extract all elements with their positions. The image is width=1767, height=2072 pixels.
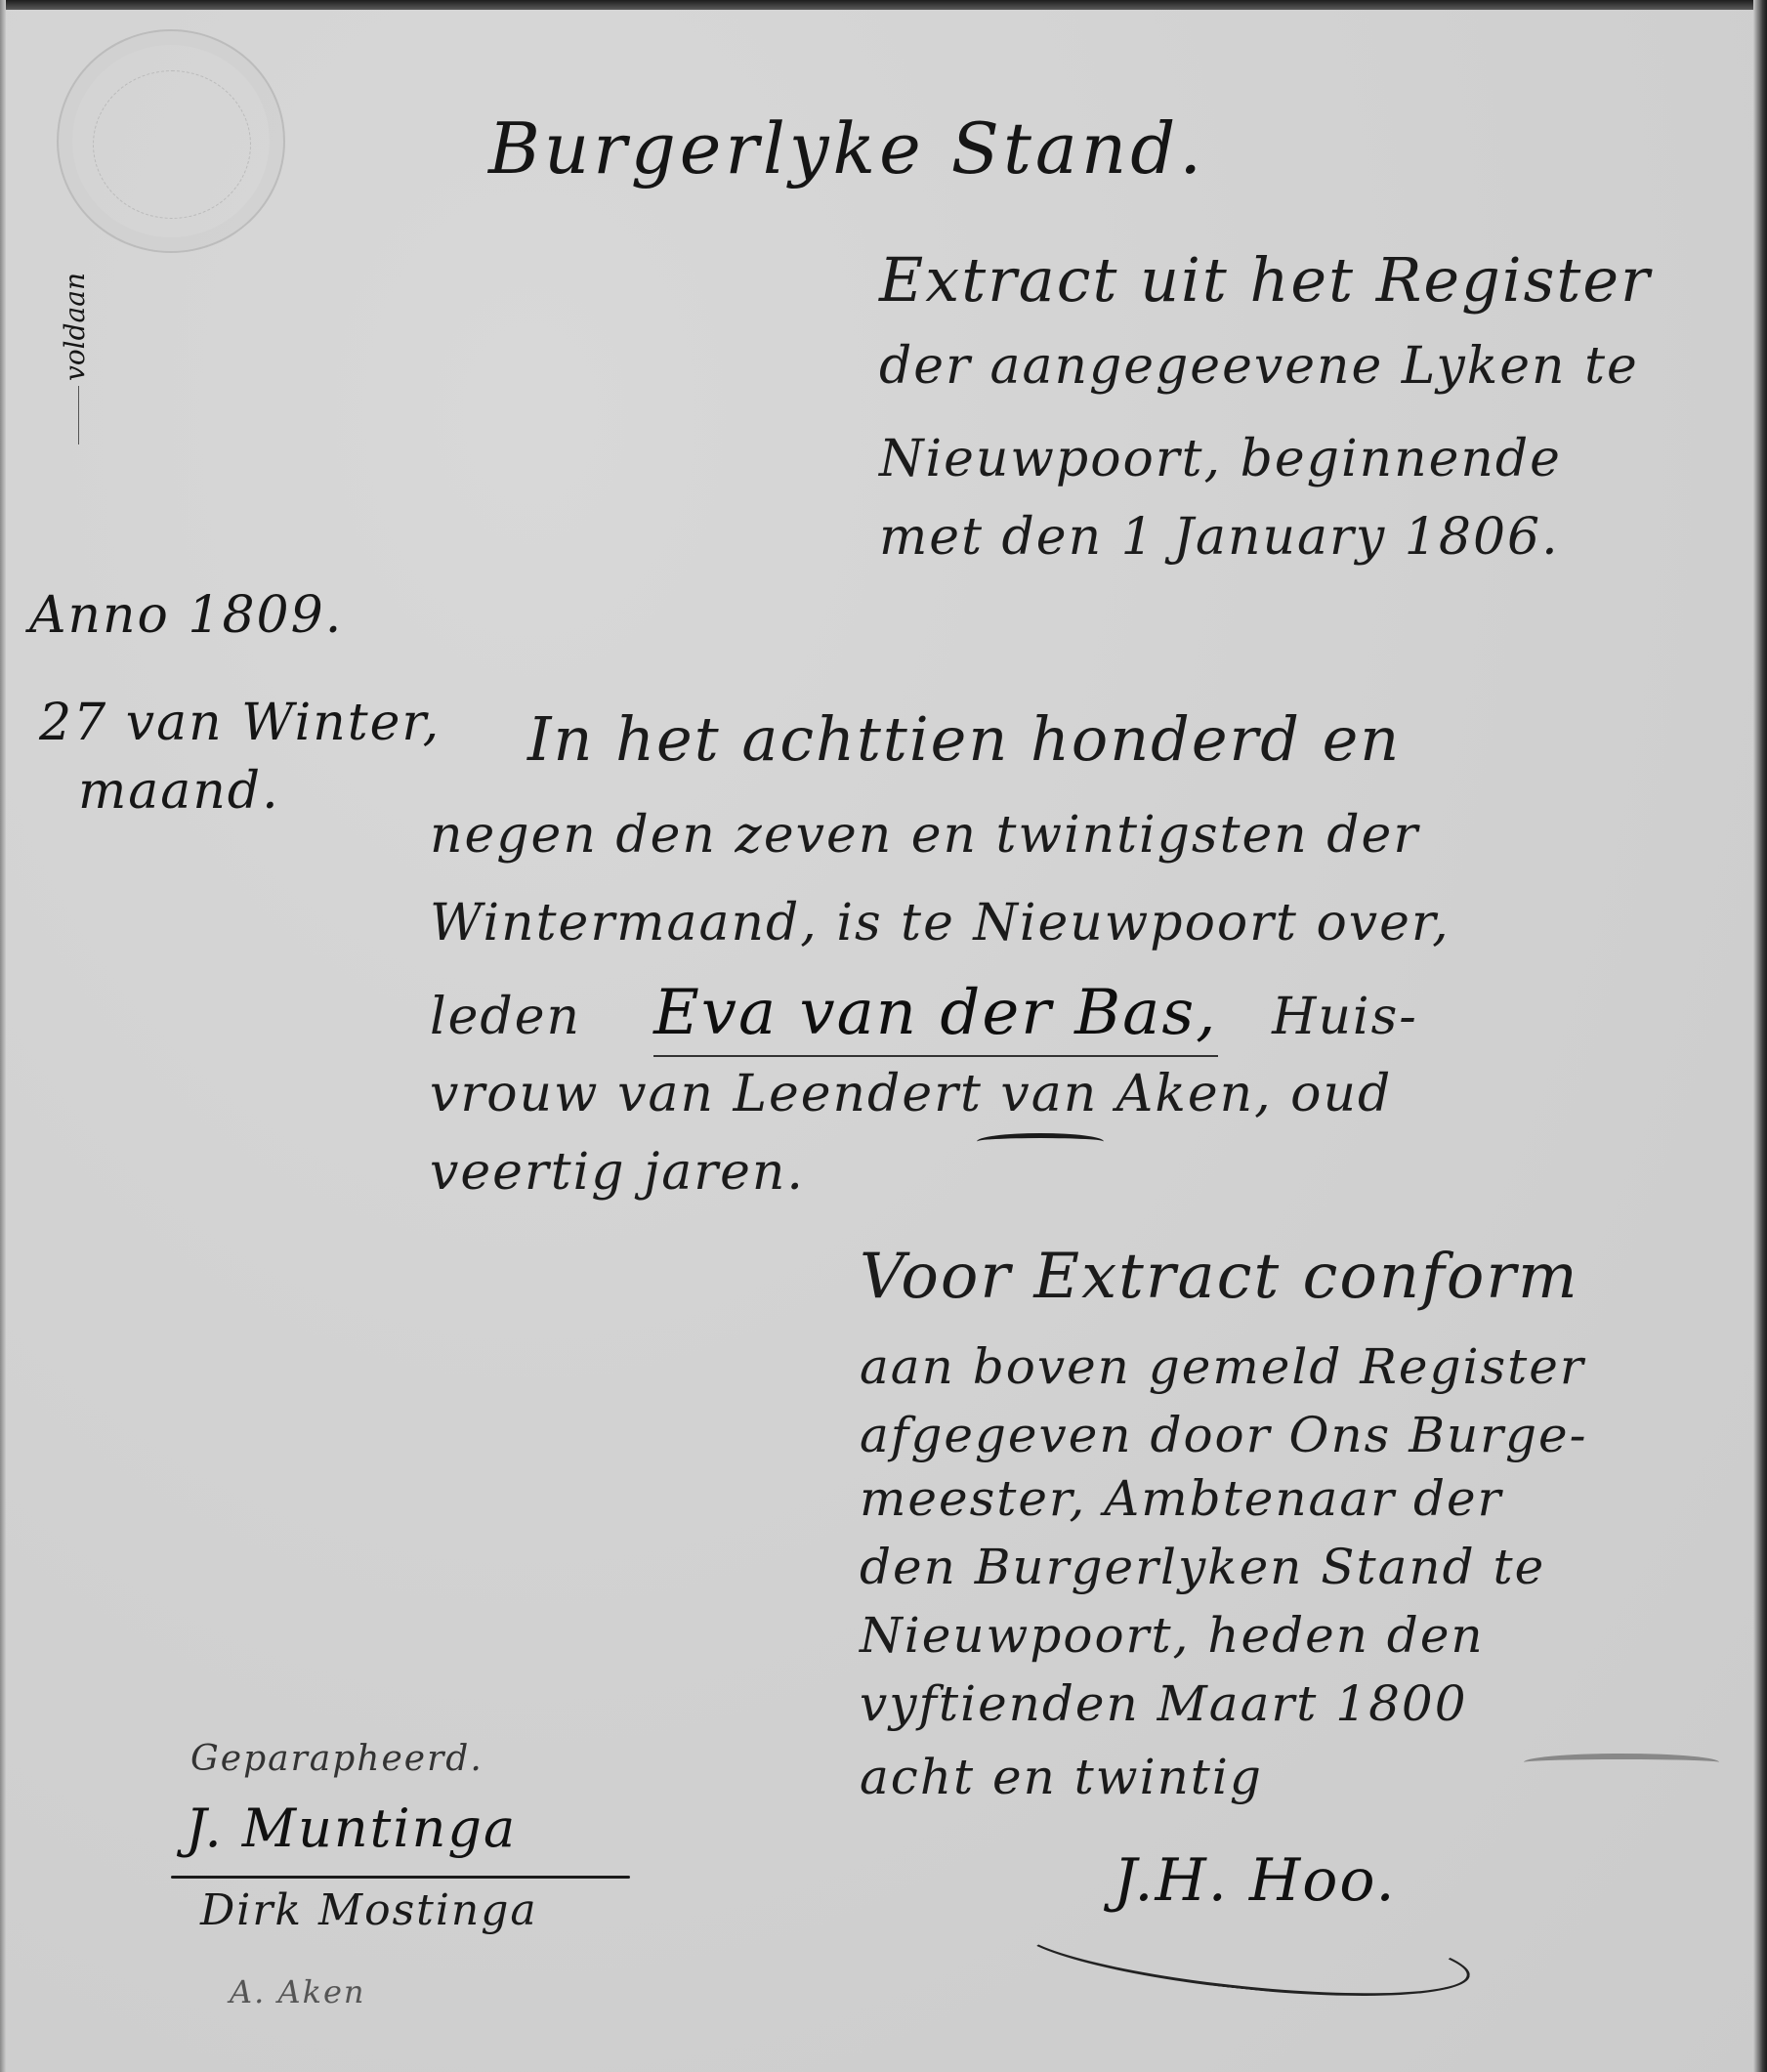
conformity-line-5: den Burgerlyken Stand te — [860, 1539, 1545, 1595]
seal-inner-ring — [93, 70, 251, 219]
conformity-line-7: vyftienden Maart 1800 — [860, 1675, 1468, 1732]
deceased-name: Eva van der Bas, — [653, 977, 1217, 1057]
body-line-4-prefix: leden — [430, 988, 581, 1046]
scan-right-edge — [1753, 0, 1767, 2072]
conformity-end-flourish — [1524, 1754, 1719, 1771]
body-line-1: In het achttien honderd en — [527, 703, 1401, 775]
end-flourish — [977, 1133, 1104, 1150]
conformity-line-6: Nieuwpoort, heden den — [860, 1607, 1485, 1664]
body-line-6: veertig jaren. — [430, 1143, 805, 1202]
embossed-seal-icon — [57, 29, 285, 253]
conformity-line-8: acht en twintig — [860, 1749, 1263, 1805]
header-line-3: Nieuwpoort, beginnende — [879, 430, 1562, 488]
document-page: voldaan Burgerlyke Stand. Extract uit he… — [0, 0, 1767, 2072]
body-line-3: Wintermaand, is te Nieuwpoort over, — [430, 894, 1451, 952]
body-line-4: leden Eva van der Bas, Huis- — [430, 977, 1418, 1049]
body-line-4-suffix: Huis- — [1272, 988, 1418, 1046]
conformity-line-3: afgegeven door Ons Burge- — [860, 1407, 1588, 1463]
paraph-label: Geparapheerd. — [190, 1739, 484, 1779]
margin-month: maand. — [78, 762, 280, 821]
body-line-2: negen den zeven en twintigsten der — [430, 806, 1419, 865]
registrar-signature: J.H. Hoo. — [1114, 1846, 1397, 1915]
margin-date: 27 van Winter, — [39, 694, 441, 752]
scan-left-edge — [0, 0, 6, 2072]
margin-rule — [78, 386, 79, 444]
document-title: Burgerlyke Stand. — [488, 107, 1205, 190]
left-signatory-sub: A. Aken — [230, 1973, 366, 2010]
conformity-line-1: Voor Extract conform — [860, 1241, 1579, 1313]
left-signatory-name: Dirk Mostinga — [200, 1885, 538, 1935]
margin-vertical-note: voldaan — [59, 273, 91, 381]
left-signature: J. Muntinga — [186, 1797, 517, 1859]
header-line-4: met den 1 January 1806. — [879, 508, 1560, 567]
left-signature-underline — [171, 1876, 630, 1879]
header-line-2: der aangegeevene Lyken te — [879, 337, 1639, 396]
header-line-1: Extract uit het Register — [879, 244, 1652, 316]
scan-top-edge — [0, 0, 1767, 10]
conformity-line-2: aan boven gemeld Register — [860, 1338, 1585, 1395]
margin-year: Anno 1809. — [29, 586, 343, 645]
body-line-5: vrouw van Leendert van Aken, oud — [430, 1065, 1392, 1123]
conformity-line-4: meester, Ambtenaar der — [860, 1470, 1502, 1527]
